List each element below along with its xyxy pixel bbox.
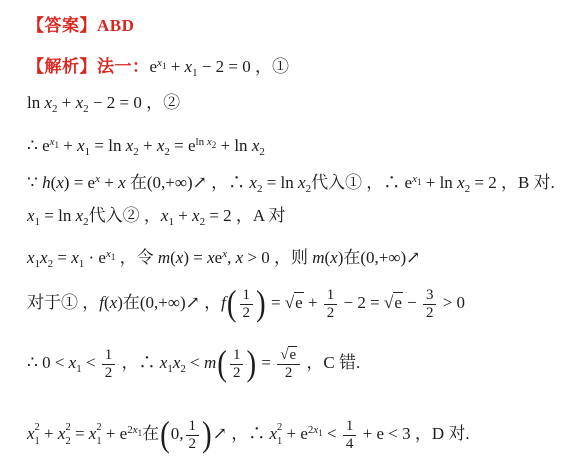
math-token: )在(0,+∞)↗: [338, 248, 421, 267]
math-token: <: [323, 424, 341, 443]
math-token: 代入① ，∴ e: [311, 173, 412, 192]
math-token: h: [42, 173, 51, 192]
fraction-numerator: 1: [102, 347, 116, 365]
math-token: +: [58, 93, 76, 112]
section-label: 【解析】法一：: [27, 57, 150, 76]
math-token: f: [221, 293, 226, 312]
var-subsup: x21: [27, 424, 40, 443]
math-token: · e: [84, 248, 106, 267]
math-token: x: [330, 248, 338, 267]
math-token: x: [298, 173, 306, 192]
fraction-numerator: √e: [277, 347, 300, 365]
fraction-numerator: 1: [343, 418, 357, 436]
superscript: x1: [106, 248, 115, 260]
solution-line-eq1-check: 对于① ，f(x)在(0,+∞)↗ ，f(12) = √e + 12 − 2 =…: [27, 274, 563, 332]
fraction-denominator: 2: [102, 365, 116, 382]
superscript: x1: [50, 136, 59, 148]
superscript: 2x1: [127, 424, 142, 436]
math-token: x: [44, 93, 52, 112]
math-token: − 2 =: [339, 293, 384, 312]
solution-line-combine: ∴ ex1 + x1 = ln x2 + x2 = eln x2 + ln x2: [27, 123, 563, 161]
fraction-denominator: 2: [324, 305, 338, 322]
math-token: = 2 ，A 对: [205, 206, 285, 225]
math-token: m: [312, 248, 324, 267]
radical: √e: [384, 292, 403, 312]
solution-line-option-a: x1 = ln x2代入② ，x1 + x2 = 2 ，A 对: [27, 198, 563, 234]
solution-line-product: x1x2 = x1 · ex1 ，令 m(x) = xex, x > 0 ，则 …: [27, 234, 563, 274]
math-token: x: [269, 424, 277, 443]
math-token: +: [174, 206, 192, 225]
fraction: 12: [102, 347, 116, 382]
math-token: = 2 ，B 对.: [470, 173, 555, 192]
math-token: + e: [282, 424, 308, 443]
math-token: √: [285, 293, 294, 312]
fraction-numerator: 1: [240, 287, 254, 305]
math-token: = ln: [90, 136, 126, 155]
math-token: = ln: [40, 206, 76, 225]
paren-close: ): [256, 286, 266, 322]
math-token: 代入② ，: [89, 206, 161, 225]
math-token: x: [236, 248, 244, 267]
math-token: + ln: [216, 136, 252, 155]
math-token: 对于① ，: [27, 293, 99, 312]
math-token: x: [457, 173, 465, 192]
math-token: + e < 3 ，D 对.: [358, 424, 469, 443]
fraction-denominator: 2: [186, 436, 200, 453]
math-token: ∴ e: [27, 136, 50, 155]
math-token: > 0: [438, 293, 465, 312]
fraction-numerator: 1: [324, 287, 338, 305]
math-token: x: [77, 136, 85, 155]
math-token: <: [186, 353, 204, 372]
math-token: x: [40, 248, 48, 267]
math-token: x: [71, 248, 79, 267]
math-token: m: [204, 353, 216, 372]
math-token: e: [393, 292, 403, 312]
math-token: = e: [170, 136, 196, 155]
math-token: 2: [259, 146, 265, 158]
math-token: e: [294, 292, 304, 312]
math-token: ，∴: [117, 353, 160, 372]
math-token: x: [185, 57, 193, 76]
solution-line-option-c: ∴ 0 < x1 < 12 ，∴ x1x2 < m(12) = √e2 ，C 错…: [27, 332, 563, 394]
math-token: x: [118, 173, 126, 192]
solution-line-option-d: x21 + x22 = x21 + e2x1在(0,12)↗ ，∴ x21 + …: [27, 394, 563, 466]
math-token: x: [207, 248, 215, 267]
solution-line-option-b: ∵ h(x) = ex + x 在(0,+∞)↗ ，∴ x2 = ln x2代入…: [27, 161, 563, 198]
fraction-numerator: 3: [423, 287, 437, 305]
math-token: − 2 = 0 ，②: [89, 93, 180, 112]
fraction-denominator: 2: [282, 365, 296, 382]
math-token: +: [304, 293, 322, 312]
math-token: > 0 ，则: [243, 248, 312, 267]
math-token: − 2 = 0 ，①: [198, 57, 289, 76]
var-subsup: x21: [269, 424, 282, 443]
math-token: e: [288, 346, 297, 363]
paren-open: (: [217, 346, 227, 382]
fraction-denominator: 2: [423, 305, 437, 322]
math-token: =: [257, 353, 275, 372]
var-subsup: x21: [89, 424, 102, 443]
math-token: ) = e: [64, 173, 95, 192]
fraction-denominator: 4: [343, 436, 357, 453]
fraction: 12: [240, 287, 254, 322]
math-token: ，令: [115, 248, 158, 267]
fraction: 32: [423, 287, 437, 322]
fraction: 14: [343, 418, 357, 453]
math-token: e: [150, 57, 158, 76]
math-token: +: [40, 424, 58, 443]
math-token: ln: [27, 93, 44, 112]
math-token: 在: [142, 424, 159, 443]
math-token: x: [27, 248, 35, 267]
math-token: x: [192, 206, 200, 225]
solution-line-answer: 【答案】ABD: [27, 9, 563, 43]
fraction-numerator: 1: [230, 347, 244, 365]
math-token: x: [27, 424, 35, 443]
fraction: 12: [230, 347, 244, 382]
math-token: −: [403, 293, 421, 312]
math-token: x: [58, 424, 66, 443]
math-token: ,: [227, 248, 236, 267]
var-subsup: x22: [58, 424, 71, 443]
math-token: m: [158, 248, 170, 267]
math-token: 0,: [171, 424, 184, 443]
math-token: x: [249, 173, 257, 192]
superscript: 2x1: [308, 424, 323, 436]
section-label: 【答案】: [27, 16, 97, 35]
fraction: √e2: [277, 347, 300, 382]
solution-line-eq2: ln x2 + x2 − 2 = 0 ，②: [27, 83, 563, 123]
math-token: +: [59, 136, 77, 155]
math-token: + e: [102, 424, 128, 443]
paren-close: ): [246, 346, 256, 382]
solution-line-method: 【解析】法一：ex1 + x1 − 2 = 0 ，①: [27, 43, 563, 83]
fraction: 12: [324, 287, 338, 322]
math-token: 在(0,+∞)↗ ，∴: [126, 173, 250, 192]
math-token: <: [82, 353, 100, 372]
math-token: =: [53, 248, 71, 267]
paren-open: (: [227, 286, 237, 322]
radical: √e: [285, 292, 304, 312]
superscript: x1: [412, 173, 421, 185]
math-token: + ln: [422, 173, 458, 192]
math-token: ，C 错.: [302, 353, 360, 372]
math-token: +: [100, 173, 118, 192]
math-token: x: [89, 424, 97, 443]
math-token: +: [166, 57, 184, 76]
math-token: )在(0,+∞)↗ ，: [117, 293, 221, 312]
section-label: ABD: [97, 16, 134, 35]
paren-close: ): [202, 417, 212, 453]
math-token: =: [267, 293, 285, 312]
math-token: ) =: [183, 248, 207, 267]
math-token: =: [71, 424, 89, 443]
math-token: x: [56, 173, 64, 192]
math-token: +: [139, 136, 157, 155]
math-token: ∵: [27, 173, 42, 192]
superscript: ln x2: [196, 136, 217, 148]
fraction-numerator: 1: [186, 418, 200, 436]
math-token: ↗ ，∴: [213, 424, 270, 443]
math-token: ∴ 0 <: [27, 353, 69, 372]
math-token: x: [27, 206, 35, 225]
math-token: = ln: [262, 173, 298, 192]
math-token: ln: [196, 136, 207, 148]
solution-document: 【答案】ABD 【解析】法一：ex1 + x1 − 2 = 0 ，① ln x2…: [0, 0, 567, 466]
fraction-denominator: 2: [240, 305, 254, 322]
fraction-denominator: 2: [230, 365, 244, 382]
paren-open: (: [160, 417, 170, 453]
fraction: 12: [186, 418, 200, 453]
math-token: √: [384, 293, 393, 312]
